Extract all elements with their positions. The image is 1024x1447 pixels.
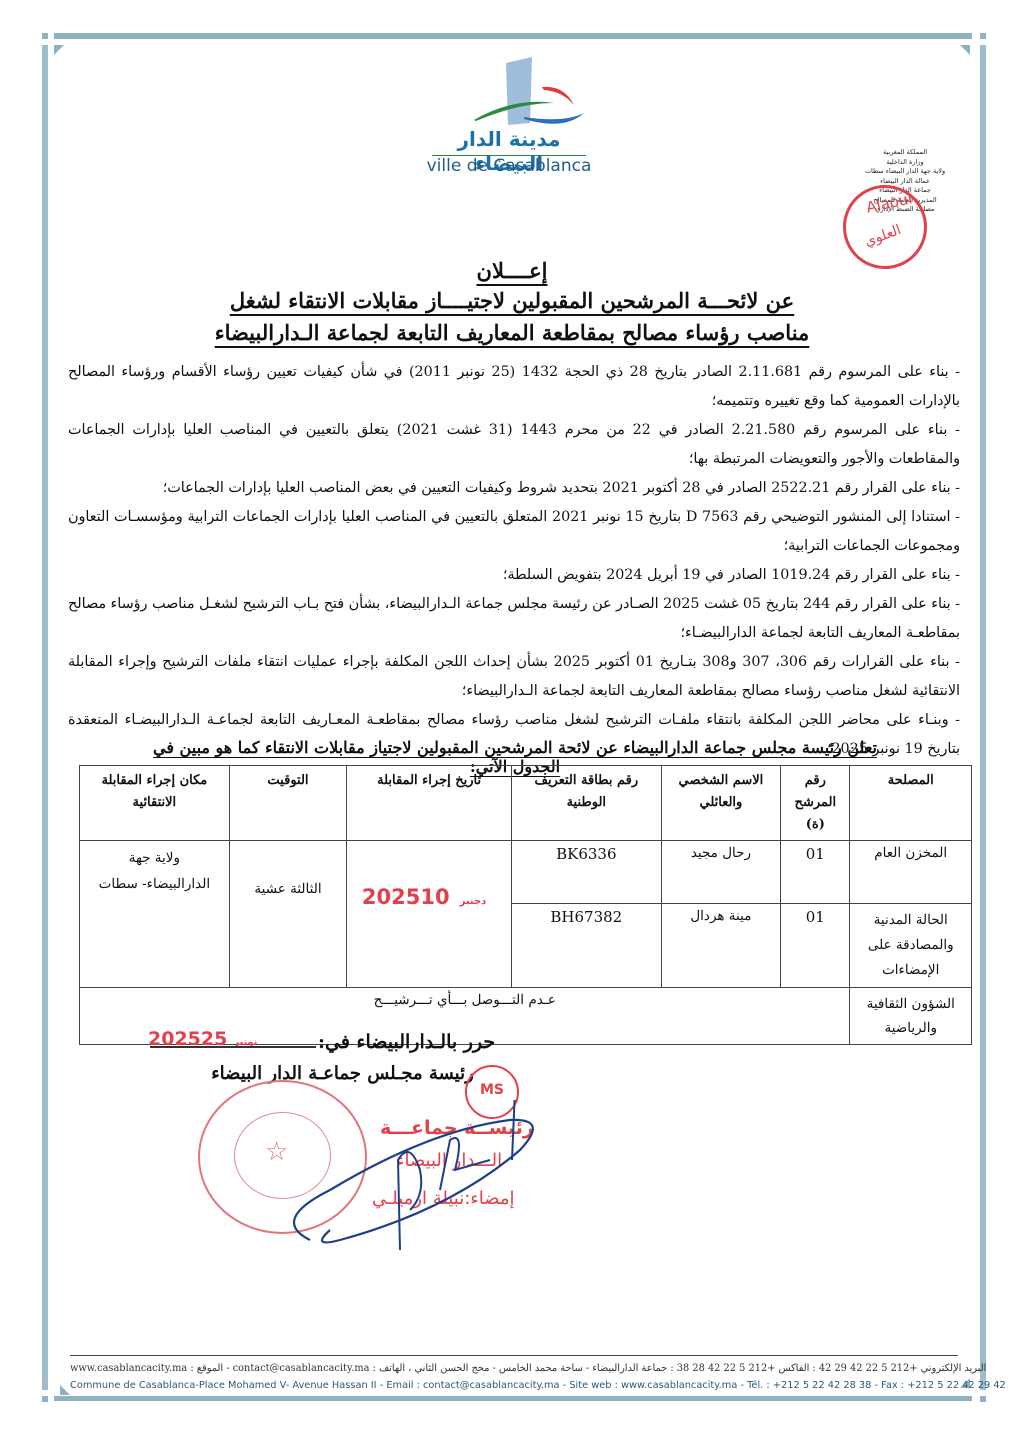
cell-candidate-no: 01 xyxy=(781,904,850,988)
frame-corner-triangle xyxy=(54,45,64,55)
col-header-interview-date: تاريخ إجراء المقابلة xyxy=(347,766,512,841)
frame-corner xyxy=(42,33,48,39)
admin-header-line: عمالة الدار البيضاء xyxy=(850,177,960,187)
cell-service: المخزن العام xyxy=(850,841,972,904)
logo-emblem-icon xyxy=(424,55,594,130)
preamble-paragraph: - بناء على القرار رقم 2522.21 الصادر في … xyxy=(68,474,960,503)
candidates-table: المصلحة رقم المرشح (ة) الاسم الشخصي والع… xyxy=(79,765,972,1045)
casablanca-logo: مدينة الدار البيضاء ville de Casablanca xyxy=(424,55,594,180)
preamble-paragraph: - بناء على القرار رقم 244 بتاريخ 05 غشت … xyxy=(68,590,960,648)
cell-place: ولاية جهة الدارالبيضاء- سطات xyxy=(80,841,230,988)
footer-arabic-contact: www.casablancacity.ma : الموقع - contact… xyxy=(70,1363,958,1374)
date-strike-line xyxy=(150,1046,316,1048)
cell-time: الثالثة عشية xyxy=(229,841,347,988)
table-header-row: المصلحة رقم المرشح (ة) الاسم الشخصي والع… xyxy=(80,766,972,841)
cell-full-name: مينة هردال xyxy=(661,904,781,988)
admin-header-line: ولاية جهة الدار البيضاء سطات xyxy=(850,167,960,177)
frame-corner xyxy=(980,33,986,39)
cell-full-name: رحال مجيد xyxy=(661,841,781,904)
cell-service: الحالة المدنية والمصادقة على الإمضاءات xyxy=(850,904,972,988)
admin-header-line: المملكة المغربية xyxy=(850,148,960,158)
stamp-text: Alaoui xyxy=(865,189,914,216)
cell-interview-date: 2025دجنبر10 xyxy=(347,841,512,988)
frame-border-left xyxy=(42,45,48,1390)
frame-border-bottom xyxy=(54,1396,972,1401)
document-subtitle-2: مناصب رؤساء مصالح بمقاطعة المعاريف التاب… xyxy=(150,320,874,345)
admin-header-line: وزارة الداخلية xyxy=(850,158,960,168)
col-header-candidate-no: رقم المرشح (ة) xyxy=(781,766,850,841)
frame-border-right xyxy=(980,45,986,1390)
preamble-paragraph: - استنادا إلى المنشور التوضيحي رقم D 756… xyxy=(68,503,960,561)
president-title: رئيسة مجـلس جماعـة الدار البيضاء xyxy=(205,1063,480,1084)
frame-corner-triangle xyxy=(960,45,970,55)
frame-corner-triangle xyxy=(60,1385,70,1395)
frame-corner xyxy=(980,1396,986,1402)
stamp-text: العلوي xyxy=(862,222,903,250)
preamble-paragraph: - بناء على القرارات رقم 306، 307 و308 بت… xyxy=(68,648,960,706)
preamble-paragraph: - بناء على المرسوم رقم 2.21.580 الصادر ف… xyxy=(68,416,960,474)
frame-corner xyxy=(42,1396,48,1402)
frame-border-top xyxy=(54,33,972,39)
footer-french-contact: Commune de Casablanca-Place Mohamed V- A… xyxy=(70,1380,958,1391)
document-title: إعــــلان xyxy=(150,258,874,283)
cell-cin: BK6336 xyxy=(511,841,661,904)
document-subtitle-1: عن لائحـــة المرشحين المقبولين لاجتيــــ… xyxy=(150,288,874,313)
cell-candidate-no: 01 xyxy=(781,841,850,904)
official-stamp-red: Alaoui العلوي xyxy=(843,185,927,269)
col-header-service: المصلحة xyxy=(850,766,972,841)
cell-cin: BH67382 xyxy=(511,904,661,988)
col-header-cin: رقم بطاقة التعريف الوطنية xyxy=(511,766,661,841)
handwritten-signature-icon xyxy=(250,1100,590,1250)
footer-divider xyxy=(70,1355,958,1356)
cell-service: الشؤون الثقافية والرياضية xyxy=(850,988,972,1045)
preamble-paragraph: - بناء على القرار رقم 1019.24 الصادر في … xyxy=(68,561,960,590)
col-header-place: مكان إجراء المقابلة الانتقائية xyxy=(80,766,230,841)
col-header-time: التوقيت xyxy=(229,766,347,841)
done-at-label: حرر بالـدارالبيضاء في: xyxy=(318,1031,495,1053)
logo-french-text: ville de Casablanca xyxy=(424,156,594,176)
col-header-full-name: الاسم الشخصي والعائلي xyxy=(661,766,781,841)
preamble-paragraph: - بناء على المرسوم رقم 2.11.681 الصادر ب… xyxy=(68,358,960,416)
table-row: المخزن العام 01 رحال مجيد BK6336 2025دجن… xyxy=(80,841,972,904)
date-stamp: 2025دجنبر10 xyxy=(362,885,496,909)
